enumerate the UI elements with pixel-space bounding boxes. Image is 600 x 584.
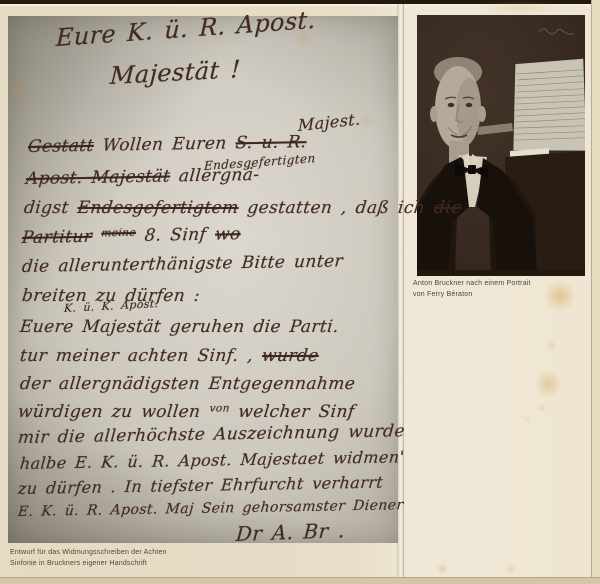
stain: [524, 416, 530, 422]
page-top-edge: [0, 0, 600, 6]
right-ear: [478, 106, 486, 122]
handwriting-line: Euere Majestät geruhen die Parti.: [19, 317, 340, 337]
handwriting-line: Majestät !: [109, 55, 241, 90]
bruckner-portrait-illustration: [417, 15, 585, 276]
handwriting-line: Apost. Majestät allergnä-: [25, 165, 260, 189]
handwriting-line: Partitur meine 8. Sinf wo: [21, 224, 241, 248]
stain: [535, 371, 562, 397]
handwriting-line: die allerunterthänigste Bitte unter: [21, 251, 344, 277]
page-gutter: [397, 4, 409, 577]
handwriting-line: digst Endesgefertigtem gestatten , daß i…: [23, 198, 463, 218]
portrait-caption-line-1: Anton Bruckner nach einem Portrait: [413, 279, 531, 290]
left-ear: [430, 106, 438, 122]
album-page: Eure K. ü. R. Apost.Majestät !Majest.Ges…: [0, 0, 600, 584]
handwriting-line: E. K. ü. R. Apost. Maj Sein gehorsamster…: [17, 497, 404, 520]
stain: [547, 341, 556, 350]
stain: [544, 281, 576, 311]
handwriting-line: würdigen zu wollen von welcher Sinf: [17, 402, 356, 422]
letter-caption-line-2: Sinfonie in Bruckners eigener Handschrif…: [10, 559, 167, 570]
handwriting-line: Eure K. ü. R. Apost.: [56, 6, 317, 52]
handwriting-layer: Eure K. ü. R. Apost.Majestät !Majest.Ges…: [8, 16, 398, 543]
portrait-caption: Anton Bruckner nach einem Portrait von F…: [413, 279, 531, 300]
handwriting-line: halbe E. K. ü. R. Apost. Majestaet widme…: [19, 447, 405, 473]
handwriting-line: Gestatt Wollen Euren S. u. R.: [27, 132, 307, 157]
stain: [506, 565, 516, 573]
letter-caption-line-1: Entwurf für das Widmungsschreiben der Ac…: [10, 548, 167, 559]
letter-photograph: Eure K. ü. R. Apost.Majestät !Majest.Ges…: [8, 16, 398, 543]
page-bottom-edge: [0, 577, 600, 584]
handwriting-line: der allergnädigsten Entgegennahme: [19, 374, 356, 394]
stain: [436, 564, 449, 574]
stain: [538, 404, 546, 412]
page-right-edge: [591, 0, 600, 584]
portrait-caption-line-2: von Ferry Bératon: [413, 290, 531, 301]
letter-caption: Entwurf für das Widmungsschreiben der Ac…: [10, 548, 167, 569]
right-eye: [466, 103, 473, 107]
handwriting-line: mir die allerhöchste Auszeichnung wurde: [17, 421, 406, 448]
handwriting-line: Dr A. Br .: [235, 518, 346, 546]
handwriting-line: zu dürfen . In tiefster Ehrfurcht verhar…: [17, 473, 384, 498]
sheet-music: [510, 59, 585, 153]
portrait-photograph: [417, 15, 585, 276]
left-eye: [448, 103, 455, 107]
handwriting-line: tur meiner achten Sinf. , wurde: [19, 346, 320, 366]
